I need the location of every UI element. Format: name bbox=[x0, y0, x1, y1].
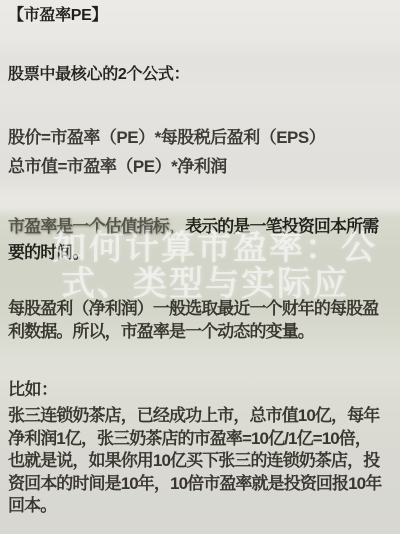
eps-paragraph: 每股盈利（净利润）一般选取最近一个财年的每股盈 利数据。所以，市盈率是一个动态的… bbox=[8, 297, 378, 343]
video-title-watermark-line1: 如何计算市盈率：公 bbox=[53, 230, 377, 266]
video-title-watermark-line2: 式、类型与实际应 bbox=[61, 266, 349, 302]
core-formulas: 股价=市盈率（PE）*每股税后盈利（EPS） 总市值=市盈率（PE）*净利润 bbox=[8, 123, 325, 181]
article-title: 【市盈率PE】 bbox=[8, 5, 107, 27]
example-label: 比如： bbox=[8, 378, 58, 401]
section-heading: 股票中最核心的2个公式： bbox=[8, 63, 189, 86]
example-paragraph: 张三连锁奶茶店，已经成功上市，总市值10亿，每年 净利润1亿，张三奶茶店的市盈率… bbox=[8, 405, 381, 518]
pe-article-frame: 【市盈率PE】 股票中最核心的2个公式： 股价=市盈率（PE）*每股税后盈利（E… bbox=[0, 0, 400, 534]
